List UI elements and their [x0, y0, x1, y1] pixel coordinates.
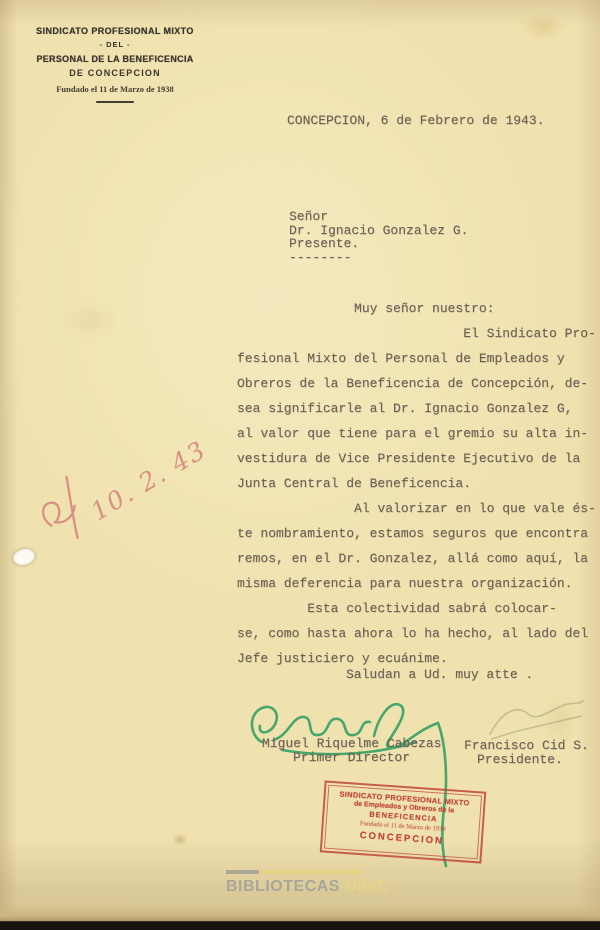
watermark-rule: [226, 870, 362, 874]
letterhead-rule: [96, 101, 134, 103]
rubber-stamp-inner: SINDICATO PROFESIONAL MIXTO de Empleados…: [324, 785, 482, 860]
punch-hole: [11, 547, 36, 568]
body-line: fesional Mixto del Personal de Empleados…: [237, 346, 596, 371]
dateline: CONCEPCION, 6 de Febrero de 1943.: [287, 113, 544, 128]
body-line: El Sindicato Pro-: [237, 321, 596, 346]
body-line: al valor que tiene para el gremio su alt…: [237, 421, 596, 446]
handwritten-prefix-icon: [26, 474, 99, 552]
received-date: 10. 2. 43: [86, 435, 212, 526]
letterhead-city: DE CONCEPCION: [26, 68, 204, 78]
watermark-text: BIBLIOTECASUdeC: [226, 878, 389, 896]
body-line: Muy señor nuestro:: [237, 296, 596, 321]
watermark-university-label: UdeC: [345, 878, 389, 895]
scanned-letter-page: SINDICATO PROFESIONAL MIXTO - DEL - PERS…: [0, 0, 600, 930]
body-line: Al valorizar en lo que vale és-: [237, 496, 596, 521]
letter-body: Muy señor nuestro: El Sindicato Pro- fes…: [237, 296, 596, 671]
body-line: Junta Central de Beneficencia.: [237, 471, 596, 496]
page-bottom-edge: [0, 902, 600, 922]
letterhead-org-name: SINDICATO PROFESIONAL MIXTO: [26, 26, 204, 36]
body-line: sea significarle al Dr. Ignacio Gonzalez…: [237, 396, 596, 421]
signature-francisco-cid-icon: [486, 696, 586, 744]
letterhead: SINDICATO PROFESIONAL MIXTO - DEL - PERS…: [26, 26, 204, 103]
recipient-block: Señor Dr. Ignacio Gonzalez G. Presente. …: [289, 210, 468, 264]
recipient-city: Presente.: [289, 237, 468, 251]
watermark-library-label: BIBLIOTECAS: [226, 878, 340, 895]
paper-stain: [172, 833, 188, 846]
body-line: se, como hasta ahora lo ha hecho, al lad…: [237, 621, 596, 646]
body-line: misma deferencia para nuestra organizaci…: [237, 571, 596, 596]
body-line: vestidura de Vice Presidente Ejecutivo d…: [237, 446, 596, 471]
body-line: Obreros de la Beneficencia de Concepción…: [237, 371, 596, 396]
closing-line: Saludan a Ud. muy atte .: [346, 667, 533, 682]
letterhead-del: - DEL -: [26, 40, 204, 49]
library-watermark: BIBLIOTECASUdeC: [226, 870, 389, 896]
paper-stain: [60, 300, 120, 340]
rubber-stamp: SINDICATO PROFESIONAL MIXTO de Empleados…: [320, 780, 487, 863]
received-annotation-rotated: 10. 2. 43: [26, 406, 212, 552]
letterhead-personal: PERSONAL DE LA BENEFICENCIA: [26, 54, 204, 64]
recipient-underline: --------: [289, 251, 468, 265]
body-line: remos, en el Dr. Gonzalez, allá como aqu…: [237, 546, 596, 571]
signer-name-director: Miguel Riquelme Cabezas: [262, 736, 441, 751]
signer-title-president: Presidente.: [477, 752, 563, 767]
recipient-salutation: Señor: [289, 210, 468, 224]
body-line: Esta colectividad sabrá colocar-: [237, 596, 596, 621]
paper-stain: [520, 12, 566, 42]
photo-background-strip: [0, 921, 600, 930]
signer-name-president: Francisco Cid S.: [464, 738, 589, 753]
body-line: te nombramiento, estamos seguros que enc…: [237, 521, 596, 546]
letterhead-founded: Fundado el 11 de Marzo de 1938: [26, 84, 204, 94]
recipient-name: Dr. Ignacio Gonzalez G.: [289, 224, 468, 238]
signer-title-director: Primer Director: [293, 750, 410, 765]
